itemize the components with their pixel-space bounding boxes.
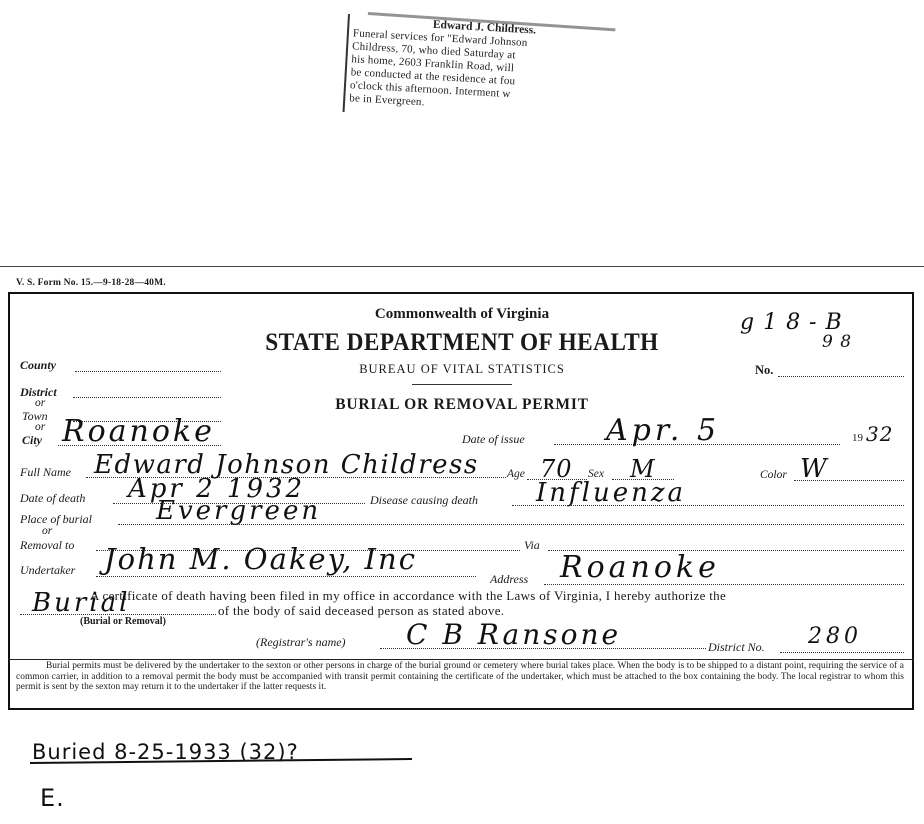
authorization-line2: of the body of said deceased person as s… (218, 603, 504, 619)
burial-or-removal-field[interactable]: Burial (32, 588, 130, 618)
via-label: Via (524, 538, 540, 553)
district-no-field[interactable]: 280 (808, 624, 862, 649)
footer-divider (8, 659, 914, 660)
county-field[interactable] (75, 371, 221, 372)
disease-label: Disease causing death (370, 493, 478, 508)
disease-field[interactable]: Influenza (536, 478, 686, 508)
address-field[interactable]: Roanoke (560, 550, 720, 585)
address-label: Address (490, 572, 528, 587)
title-divider (412, 384, 512, 385)
year-prefix: 19 (852, 432, 863, 444)
color-label: Color (760, 469, 787, 481)
newspaper-clipping: Edward J. Childress. Funeral services fo… (343, 14, 616, 127)
burial-or-removal-caption: (Burial or Removal) (80, 616, 166, 627)
undertaker-line (96, 576, 476, 577)
district-no-line (780, 652, 904, 653)
date-of-issue-label: Date of issue (462, 432, 525, 447)
no-field[interactable] (778, 376, 904, 377)
color-field[interactable]: W (800, 454, 828, 484)
date-of-death-label: Date of death (20, 491, 85, 506)
age-label: Age (507, 468, 525, 480)
city-label: City (22, 433, 42, 448)
district-no-label: District No. (708, 640, 765, 655)
place-of-burial-label: Place of burial (20, 512, 92, 527)
handwritten-note-line2: E. (40, 784, 65, 812)
district-field[interactable] (73, 397, 221, 398)
authorization-line1: A certificate of death having been filed… (90, 588, 902, 604)
file-annotation-line2: 9 8 (822, 332, 852, 352)
or-label: or (35, 397, 45, 409)
county-label: County (20, 358, 56, 373)
place-of-burial-field[interactable]: Evergreen (156, 496, 321, 526)
date-of-issue-field[interactable]: Apr. 5 (606, 413, 720, 448)
removal-to-label: Removal to (20, 538, 74, 553)
or-label: or (42, 525, 52, 537)
year-field[interactable]: 32 (866, 422, 893, 446)
bureau-title: BUREAU OF VITAL STATISTICS (0, 362, 924, 377)
undertaker-field[interactable]: John M. Oakey, Inc (104, 542, 417, 576)
full-name-label: Full Name (20, 465, 71, 480)
city-field[interactable]: Roanoke (62, 414, 215, 449)
footer-notice-text: Burial permits must be delivered by the … (16, 661, 904, 693)
registrar-name-label: (Registrar's name) (256, 635, 346, 650)
no-label: No. (755, 363, 773, 378)
undertaker-label: Undertaker (20, 563, 75, 578)
page-separator (0, 266, 924, 267)
or-label: or (35, 421, 45, 433)
footer-notice: Burial permits must be delivered by the … (16, 661, 904, 693)
registrar-name-field[interactable]: C B Ransone (406, 618, 621, 651)
form-number: V. S. Form No. 15.—9-18-28—40M. (16, 278, 166, 288)
permit-title: BURIAL OR REMOVAL PERMIT (0, 396, 924, 414)
